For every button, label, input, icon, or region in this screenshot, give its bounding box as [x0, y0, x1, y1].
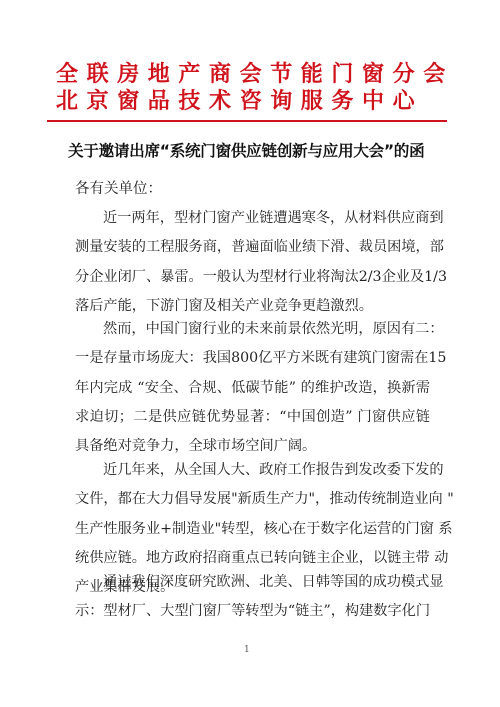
- letterhead-divider: [47, 120, 447, 122]
- document-title: 关于邀请出席“系统门窗供应链创新与应用大会”的函: [68, 139, 468, 161]
- paragraph-line: 年内完成 “安全、合规、低碳节能” 的维护改造，换新需: [75, 374, 430, 403]
- paragraph-line: 文件，都在大力倡导发展"新质生产力"，推动传统制造业向 ": [75, 485, 430, 514]
- paragraph-line: 示：型材厂、大型门窗厂等转型为“链主”，构建数字化门: [75, 597, 430, 626]
- paragraph-2: 然而，中国门窗行业的未来前景依然光明，原因有二： 一是存量市场庞大：我国800亿…: [75, 315, 430, 461]
- paragraph-line: 测量安装的工程服务商，普遍面临业绩下滑、裁员困境，部: [75, 233, 430, 262]
- organization-letterhead: 全联房地产商会节能门窗分会 北京窗品技术咨询服务中心: [56, 61, 436, 115]
- page-number: 1: [244, 645, 250, 655]
- paragraph-line: 生产性服务业+制造业"转型，核心在于数字化运营的门窗 系: [75, 515, 430, 544]
- paragraph-line: 近几年来，从全国人大、政府工作报告到发改委下发的: [75, 456, 430, 485]
- paragraph-line: 近一两年，型材门窗产业链遭遇寒冬，从材料供应商到: [75, 204, 430, 233]
- paragraph-line: 求迫切；二是供应链优势显著：“中国创造” 门窗供应链: [75, 403, 430, 432]
- paragraph-1: 近一两年，型材门窗产业链遭遇寒冬，从材料供应商到 测量安装的工程服务商，普遍面临…: [75, 204, 430, 321]
- paragraph-line: 然而，中国门窗行业的未来前景依然光明，原因有二：: [75, 315, 430, 344]
- salutation: 各有关单位：: [75, 177, 162, 198]
- paragraph-4: 通过我们深度研究欧洲、北美、日韩等国的成功模式显 示：型材厂、大型门窗厂等转型为…: [75, 568, 430, 627]
- paragraph-line: 一是存量市场庞大：我国800亿平方米既有建筑门窗需在15: [75, 344, 430, 373]
- paragraph-line: 通过我们深度研究欧洲、北美、日韩等国的成功模式显: [75, 568, 430, 597]
- letterhead-line-2: 北京窗品技术咨询服务中心: [56, 88, 436, 115]
- paragraph-line: 分企业闭厂、暴雷。一般认为型材行业将淘汰2/3企业及1/3: [75, 263, 430, 292]
- letterhead-line-1: 全联房地产商会节能门窗分会: [56, 61, 436, 88]
- document-page: 全联房地产商会节能门窗分会 北京窗品技术咨询服务中心 关于邀请出席“系统门窗供应…: [0, 0, 500, 707]
